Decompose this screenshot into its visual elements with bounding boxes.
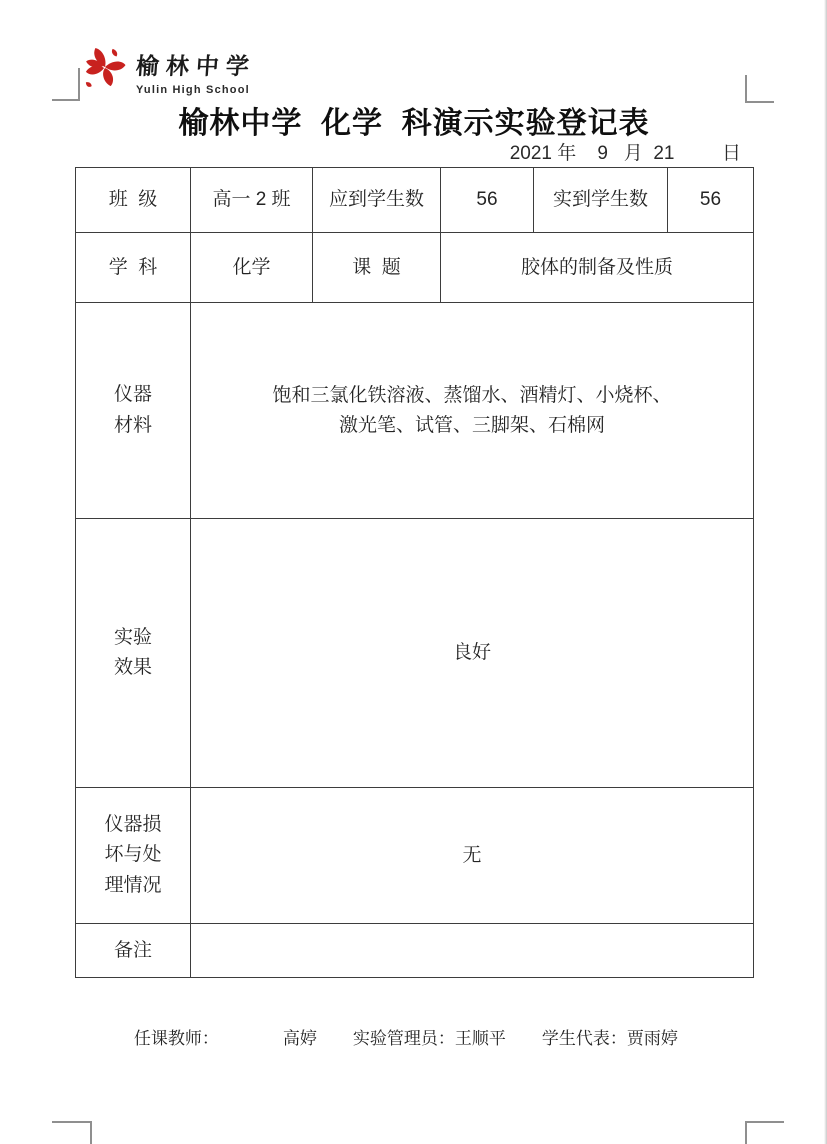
teacher-name: 高婷 [283, 1029, 317, 1048]
materials-value-cell: 饱和三氯化铁溶液、蒸馏水、酒精灯、小烧杯、 激光笔、试管、三脚架、石棉网 [191, 303, 754, 519]
materials-label-cell: 仪器材料 [76, 303, 191, 519]
effect-label-cell: 实验效果 [76, 519, 191, 788]
materials-line-1: 饱和三氯化铁溶液、蒸馏水、酒精灯、小烧杯、 [191, 381, 753, 410]
corner-mark-top-left [52, 68, 80, 101]
manager-name: 王顺平 [455, 1029, 506, 1048]
pinwheel-flower-icon [84, 44, 126, 92]
table-row-effect: 实验效果 良好 [76, 519, 754, 788]
table-row-remark: 备注 [76, 924, 754, 978]
corner-mark-bottom-right [745, 1121, 784, 1144]
class-value-cell: 高一 2 班 [191, 168, 313, 233]
subject-value-cell: 化学 [191, 233, 313, 303]
student-label: 学生代表： [542, 1029, 627, 1048]
page-title: 榆林中学 化学 科演示实验登记表 [75, 98, 753, 142]
student-name: 贾雨婷 [627, 1029, 678, 1048]
topic-value-cell: 胶体的制备及性质 [441, 233, 754, 303]
effect-label: 实验效果 [114, 623, 152, 684]
table-row-class: 班 级 高一 2 班 应到学生数 56 实到学生数 56 [76, 168, 754, 233]
table-row-materials: 仪器材料 饱和三氯化铁溶液、蒸馏水、酒精灯、小烧杯、 激光笔、试管、三脚架、石棉… [76, 303, 754, 519]
expected-students-label-cell: 应到学生数 [313, 168, 441, 233]
damage-value-cell: 无 [191, 788, 754, 924]
actual-students-label-cell: 实到学生数 [534, 168, 668, 233]
school-logo: 榆林中学 Yulin High School [84, 44, 256, 96]
damage-label-cell: 仪器损坏与处理情况 [76, 788, 191, 924]
teacher-label: 任课教师： [134, 1029, 219, 1048]
signature-line: 任课教师：高婷实验管理员：王顺平学生代表：贾雨婷 [115, 1004, 678, 1069]
table-row-damage: 仪器损坏与处理情况 无 [76, 788, 754, 924]
school-name-zh: 榆林中学 [135, 48, 257, 81]
remark-label-cell: 备注 [76, 924, 191, 978]
materials-label: 仪器材料 [114, 380, 152, 441]
subject-label-cell: 学 科 [76, 233, 191, 303]
corner-mark-bottom-left [52, 1121, 92, 1144]
date-line: 2021 年 9 月 21 日 [75, 138, 741, 165]
table-row-subject: 学 科 化学 课 题 胶体的制备及性质 [76, 233, 754, 303]
effect-value-cell: 良好 [191, 519, 754, 788]
expected-students-value-cell: 56 [441, 168, 534, 233]
manager-label: 实验管理员： [353, 1029, 455, 1048]
remark-value-cell [191, 924, 754, 978]
class-label-cell: 班 级 [76, 168, 191, 233]
registration-table: 班 级 高一 2 班 应到学生数 56 实到学生数 56 学 科 化学 课 题 … [75, 167, 754, 978]
actual-students-value-cell: 56 [668, 168, 754, 233]
school-name-en: Yulin High School [136, 84, 256, 96]
document-page: 榆林中学 Yulin High School 榆林中学 化学 科演示实验登记表 … [0, 0, 827, 1144]
topic-label-cell: 课 题 [313, 233, 441, 303]
materials-line-2: 激光笔、试管、三脚架、石棉网 [191, 411, 753, 440]
damage-label: 仪器损坏与处理情况 [105, 810, 162, 901]
